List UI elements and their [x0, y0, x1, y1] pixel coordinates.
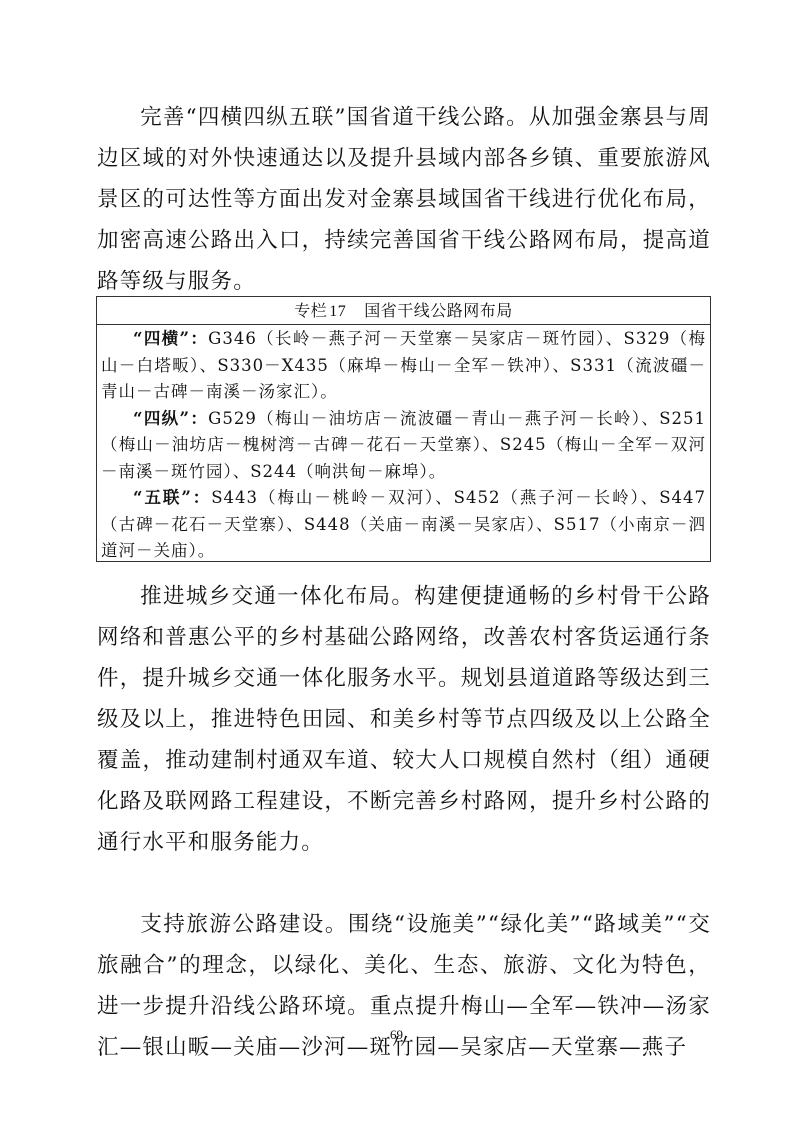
box-item-five-links: “五联”：S443（梅山－桃岭－双河）、S452（燕子河－长岭）、S447（古碑…: [101, 485, 706, 565]
box-item-four-horizontal: “四横”：G346（长岭－燕子河－天堂寨－吴家店－斑竹园）、S329（梅山－白塔…: [101, 326, 706, 406]
box-title-text: 国省干线公路网布局: [364, 301, 513, 320]
page-number: 69: [0, 1027, 793, 1043]
paragraph-text: 推进城乡交通一体化布局。构建便捷通畅的乡村骨干公路网络和普惠公平的乡村基础公路网…: [97, 584, 711, 855]
box-title: 专栏17国省干线公路网布局: [97, 297, 710, 325]
box-item-four-vertical: “四纵”：G529（梅山－油坊店－流波礓－青山－燕子河－长岭）、S251（梅山－…: [101, 406, 706, 486]
paragraph-urban-rural-integration: 推进城乡交通一体化布局。构建便捷通畅的乡村骨干公路网络和普惠公平的乡村基础公路网…: [97, 576, 711, 863]
box-item-label: “四横”：: [133, 329, 208, 348]
box-title-prefix: 专栏: [294, 301, 327, 320]
paragraph-trunk-highways: 完善“四横四纵五联”国省道干线公路。从加强金寨县与周边区域的对外快速通达以及提升…: [97, 97, 711, 302]
paragraph-tourism-roads: 支持旅游公路建设。围绕“设施美”“绿化美”“路域美”“交旅融合”的理念，以绿化、…: [97, 904, 711, 1068]
box-title-number: 17: [329, 303, 346, 320]
box-item-label: “五联”：: [133, 488, 211, 507]
box-item-label: “四纵”：: [133, 409, 208, 428]
paragraph-text: 完善“四横四纵五联”国省道干线公路。从加强金寨县与周边区域的对外快速通达以及提升…: [97, 105, 711, 294]
box-body: “四横”：G346（长岭－燕子河－天堂寨－吴家店－斑竹园）、S329（梅山－白塔…: [97, 325, 710, 565]
sidebar-box-column-17: 专栏17国省干线公路网布局 “四横”：G346（长岭－燕子河－天堂寨－吴家店－斑…: [96, 296, 711, 562]
